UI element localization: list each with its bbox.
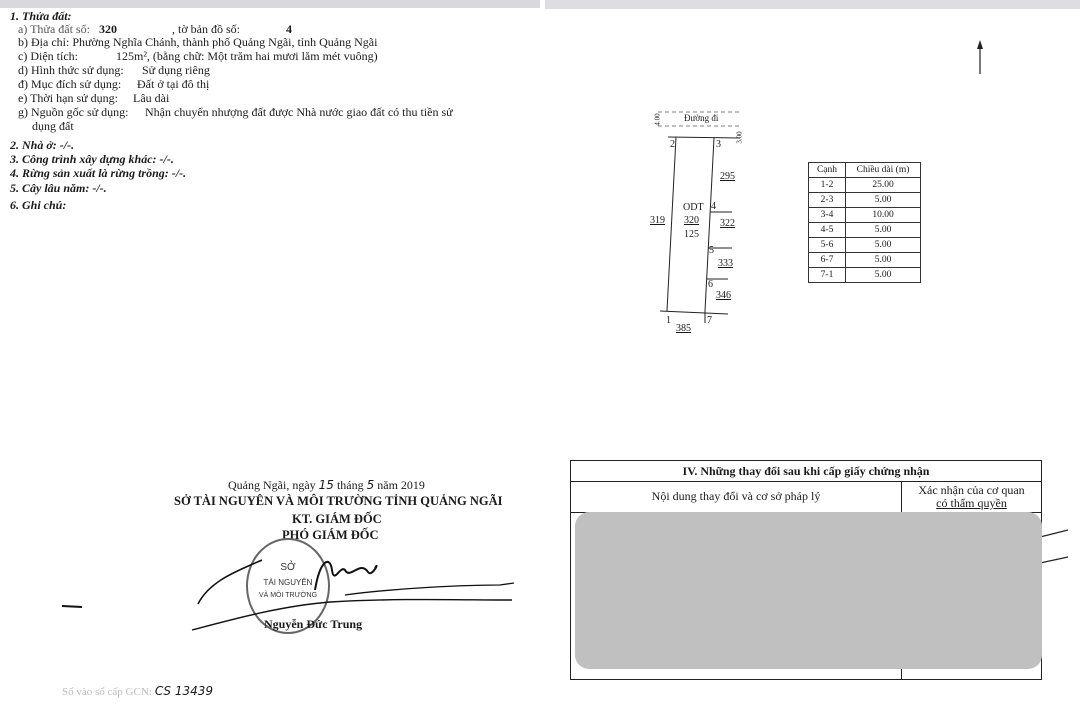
parcel-number-label: a) Thửa đất số: — [18, 22, 90, 36]
map-sheet-label: , tờ bản đồ số: — [172, 22, 240, 36]
date-month-label: tháng — [337, 478, 364, 492]
land-code: ODT — [683, 202, 704, 213]
changes-table-title: IV. Những thay đổi sau khi cấp giấy chứn… — [571, 461, 1041, 482]
edge-side: 3-4 — [809, 208, 846, 223]
edge-side: 1-2 — [809, 178, 846, 193]
date-day: 15 — [319, 478, 334, 492]
edge-table-row: 3-410.00 — [809, 208, 921, 223]
issue-date-line: Quảng Ngãi, ngày 15 tháng 5 năm 2019 — [228, 478, 425, 492]
changes-col2-header-2: có thẩm quyền — [902, 497, 1041, 510]
changes-table-header: Nội dung thay đổi và cơ sở pháp lý Xác n… — [571, 482, 1041, 513]
section-3-other-construction: 3. Công trình xây dựng khác: -/-. — [10, 152, 174, 166]
edge-table-row: 6-75.00 — [809, 253, 921, 268]
edge-length: 5.00 — [846, 238, 921, 253]
date-prefix: Quảng Ngãi, ngày — [228, 478, 316, 492]
edge-side: 7-1 — [809, 268, 846, 283]
edge-table-row: 1-225.00 — [809, 178, 921, 193]
parcel-line-a: a) Thửa đất số: 320 — [18, 22, 117, 36]
usage-purpose-label: đ) Mục đích sử dụng: — [18, 77, 121, 91]
section-5-perennial-trees: 5. Cây lâu năm: -/-. — [10, 181, 107, 195]
north-arrow-icon — [975, 40, 985, 74]
vertex-4: 4 — [711, 201, 716, 212]
parcel-number: 320 — [99, 22, 117, 36]
edge-length: 5.00 — [846, 253, 921, 268]
plot-area: 125 — [684, 229, 699, 240]
neighbor-parcel-left: 319 — [650, 215, 665, 226]
neighbor-parcel-295: 295 — [720, 171, 735, 182]
certificate-number: CS 13439 — [155, 684, 213, 698]
edge-length: 10.00 — [846, 208, 921, 223]
edge-table-row: 7-15.00 — [809, 268, 921, 283]
certificate-number-line: Số vào sổ cấp GCN: CS 13439 — [62, 684, 213, 699]
edge-length: 5.00 — [846, 268, 921, 283]
origin-value-2: dụng đất — [32, 119, 74, 133]
section-4-forest: 4. Rừng sản xuất là rừng trồng: -/-. — [10, 166, 186, 180]
section-1-title: 1. Thửa đất: — [10, 9, 72, 23]
usage-form-value: Sử dụng riêng — [142, 63, 210, 77]
origin-value-1: Nhận chuyển nhượng đất được Nhà nước gia… — [145, 105, 453, 119]
edge-length: 5.00 — [846, 223, 921, 238]
signature-strokes — [0, 540, 540, 650]
map-sheet-number: 4 — [286, 22, 292, 36]
road-width-left: 4.00 — [653, 113, 664, 125]
neighbor-parcel-322: 322 — [720, 218, 735, 229]
neighbor-parcel-346: 346 — [716, 290, 731, 301]
edge-table-row: 2-35.00 — [809, 193, 921, 208]
certificate-number-label: Số vào sổ cấp GCN: — [62, 686, 152, 698]
edge-header-side: Cạnh — [809, 163, 846, 178]
edge-side: 5-6 — [809, 238, 846, 253]
edge-table-header: Cạnh Chiều dài (m) — [809, 163, 921, 178]
road-label: Đường đi — [684, 113, 718, 124]
plot-parcel-number: 320 — [684, 215, 699, 226]
address-line: b) Địa chỉ: Phường Nghĩa Chánh, thành ph… — [18, 35, 377, 49]
vertex-7: 7 — [707, 315, 712, 326]
date-year: năm 2019 — [377, 478, 425, 492]
vertex-2: 2 — [670, 139, 675, 150]
issuing-authority: SỞ TÀI NGUYÊN VÀ MÔI TRƯỜNG TỈNH QUẢNG N… — [174, 494, 503, 508]
origin-label: g) Nguồn gốc sử dụng: — [18, 105, 129, 119]
usage-term-value: Lâu dài — [133, 91, 169, 105]
usage-term-label: e) Thời hạn sử dụng: — [18, 91, 118, 105]
viewer-top-bar-right — [545, 0, 1080, 9]
vertex-5: 5 — [709, 245, 714, 256]
vertex-3: 3 — [716, 139, 721, 150]
vertex-6: 6 — [708, 279, 713, 290]
neighbor-parcel-333: 333 — [718, 258, 733, 269]
viewer-top-bar-left — [0, 0, 540, 8]
edge-side: 2-3 — [809, 193, 846, 208]
road-width-right: 3.00 — [735, 131, 746, 143]
vertex-1: 1 — [666, 315, 671, 326]
edge-header-length: Chiều dài (m) — [846, 163, 921, 178]
edge-length: 25.00 — [846, 178, 921, 193]
edge-length-table: Cạnh Chiều dài (m) 1-225.002-35.003-410.… — [808, 162, 921, 283]
area-value: 125m², (bằng chữ: Một trăm hai mươi lăm … — [116, 49, 378, 63]
parcel-diagram: Đường đi 4.00 3.00 2 3 4 5 6 1 7 ODT 320… — [650, 108, 750, 343]
edge-length: 5.00 — [846, 193, 921, 208]
neighbor-parcel-bottom: 385 — [676, 323, 691, 334]
edge-table-row: 5-65.00 — [809, 238, 921, 253]
edge-table-row: 4-55.00 — [809, 223, 921, 238]
signer-name: Nguyễn Đức Trung — [264, 617, 362, 631]
usage-form-label: d) Hình thức sử dụng: — [18, 63, 124, 77]
area-label: c) Diện tích: — [18, 49, 78, 63]
changes-col1-header: Nội dung thay đổi và cơ sở pháp lý — [571, 482, 901, 510]
edge-side: 6-7 — [809, 253, 846, 268]
section-6-notes: 6. Ghi chú: — [10, 198, 66, 212]
edge-side: 4-5 — [809, 223, 846, 238]
redacted-region — [575, 512, 1042, 669]
section-2-house: 2. Nhà ở: -/-. — [10, 138, 74, 152]
kt-director-title: KT. GIÁM ĐỐC — [292, 512, 382, 526]
usage-purpose-value: Đất ở tại đô thị — [137, 77, 209, 91]
margin-strokes — [1040, 525, 1080, 570]
date-month: 5 — [367, 478, 375, 492]
